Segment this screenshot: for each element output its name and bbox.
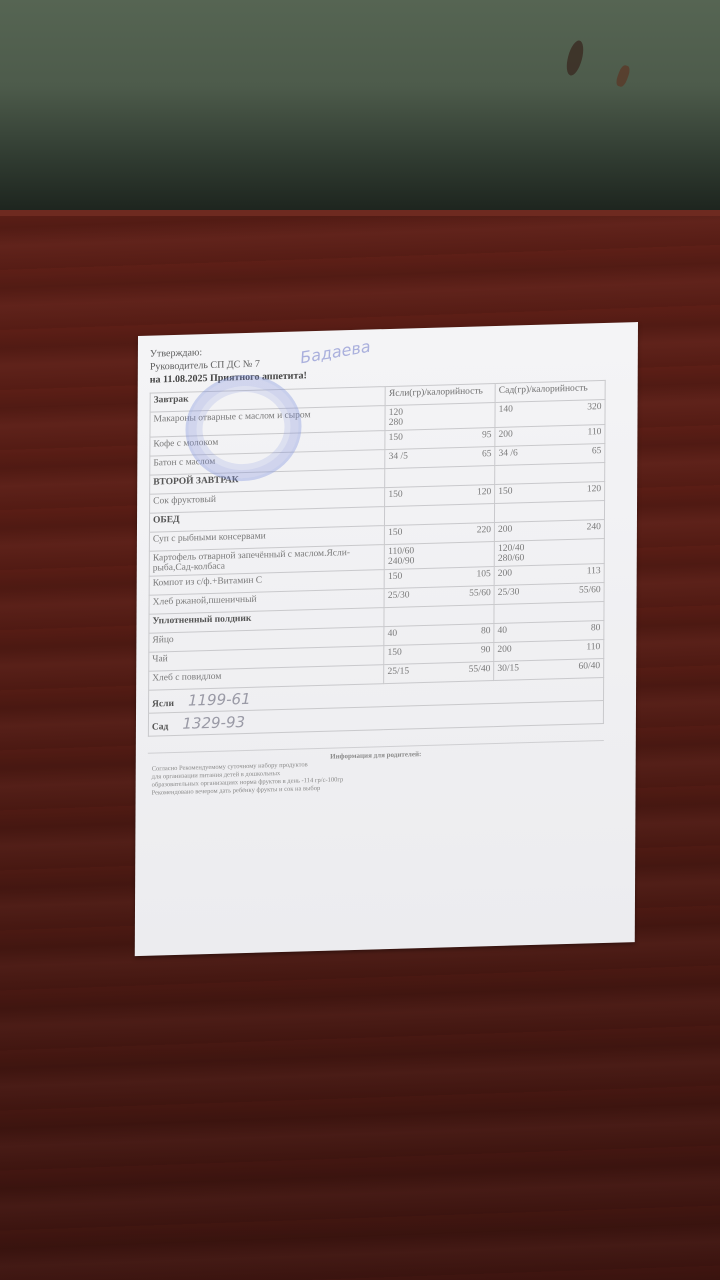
weight-value: 25/30 — [498, 587, 520, 598]
weight-value: 200 — [497, 645, 511, 655]
kcal-value: 113 — [587, 566, 601, 576]
value-line: 280/60 — [498, 551, 601, 564]
wall-mark — [615, 64, 632, 88]
weight-value: 200 — [499, 430, 513, 440]
kcal-value: 65 — [482, 449, 492, 459]
kcal-value: 95 — [482, 430, 492, 440]
kcal-value: 320 — [587, 402, 601, 412]
weight-value: 140 — [499, 405, 513, 415]
kcal-value: 110 — [587, 427, 601, 437]
weight-value: 200 — [498, 525, 512, 535]
handwritten-total: 1329-93 — [182, 713, 245, 733]
value-line: 240/90 — [388, 554, 491, 567]
kcal-value: 120 — [587, 484, 601, 494]
wall-mark — [564, 39, 587, 77]
weight-value: 200 — [498, 569, 512, 579]
handwritten-total: 1199-61 — [188, 690, 251, 710]
kcal-value: 220 — [477, 525, 491, 535]
nursery-cell: 120280 — [385, 403, 495, 431]
nursery-cell: 110/60240/90 — [385, 542, 495, 570]
weight-value: 150 — [388, 572, 402, 582]
kcal-value: 240 — [587, 522, 601, 532]
weight-value: 25/15 — [387, 666, 409, 677]
weight-value: 150 — [388, 648, 402, 658]
kcal-value: 110 — [586, 642, 600, 652]
kcal-value: 55/60 — [469, 588, 491, 599]
weight-value: 150 — [389, 433, 403, 443]
garden-cell: 140320 — [495, 399, 605, 427]
weight-value: 150 — [388, 528, 402, 538]
kcal-value: 55/60 — [579, 585, 601, 596]
kcal-value: 80 — [481, 626, 491, 636]
total-label: Ясли — [152, 699, 174, 710]
weight-value: 40 — [497, 626, 507, 636]
garden-cell: 120/40280/60 — [494, 538, 604, 566]
parent-info: Информация для родителей: Согласно Реком… — [148, 740, 604, 802]
kcal-value: 90 — [481, 645, 491, 655]
weight-value: 150 — [498, 487, 512, 497]
kcal-value: 55/40 — [469, 664, 491, 675]
kcal-value: 60/40 — [579, 661, 601, 672]
weight-value: 34 /5 — [389, 451, 408, 462]
background-wall — [0, 0, 720, 215]
value-line: 280 — [389, 415, 492, 428]
total-label: Сад — [152, 722, 168, 732]
weight-value: 34 /6 — [498, 448, 517, 459]
kcal-value: 80 — [591, 623, 601, 633]
approval-block: Утверждаю: Руководитель СП ДС № 7 на 11.… — [150, 335, 606, 387]
kcal-value: 120 — [477, 487, 491, 497]
weight-value: 30/15 — [497, 663, 519, 674]
table-edge — [0, 210, 720, 216]
menu-document: Бадаева Утверждаю: Руководитель СП ДС № … — [135, 322, 638, 956]
weight-value: 25/30 — [388, 590, 410, 601]
weight-value: 40 — [388, 629, 398, 639]
weight-value: 150 — [388, 490, 402, 500]
kcal-value: 65 — [592, 446, 602, 456]
kcal-value: 105 — [477, 569, 491, 579]
